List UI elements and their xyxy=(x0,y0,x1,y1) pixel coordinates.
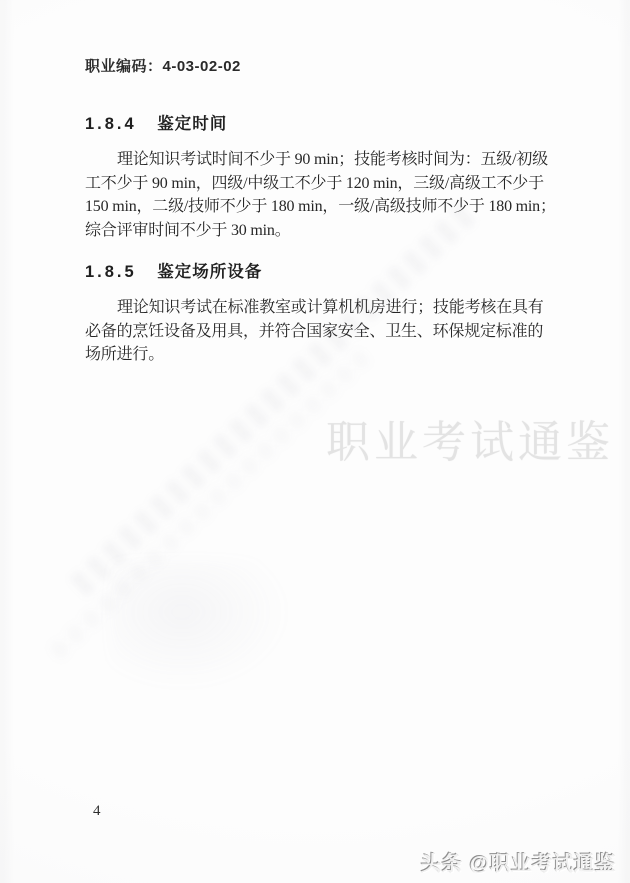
paragraph-line: 必备的烹饪设备及用具，并符合国家安全、卫生、环保规定标准的 xyxy=(85,320,555,344)
section-heading-1-8-5: 1.8.5 鉴定场所设备 xyxy=(85,258,555,282)
credit-watermark-text: 头条 @职业考试通鉴 xyxy=(421,847,616,876)
section-heading-1-8-4: 1.8.4 鉴定时间 xyxy=(85,110,555,134)
paragraph-assessment-venue: 理论知识考试在标准教室或计算机机房进行；技能考核在具有 必备的烹饪设备及用具，并… xyxy=(85,296,555,367)
section-number: 1.8.4 xyxy=(85,115,137,133)
section-title: 鉴定时间 xyxy=(157,115,227,133)
document-page: 职业编码：4-03-02-02 1.8.4 鉴定时间 理论知识考试时间不少于 9… xyxy=(0,0,630,883)
paragraph-assessment-time: 理论知识考试时间不少于 90 min；技能考核时间为：五级/初级 工不少于 90… xyxy=(85,148,555,242)
paragraph-line: 综合评审时间不少于 30 min。 xyxy=(85,219,555,243)
page-content: 1.8.4 鉴定时间 理论知识考试时间不少于 90 min；技能考核时间为：五级… xyxy=(85,110,555,383)
paragraph-line: 理论知识考试时间不少于 90 min；技能考核时间为：五级/初级 xyxy=(85,148,555,172)
paragraph-line: 场所进行。 xyxy=(85,343,555,367)
page-number: 4 xyxy=(93,803,101,820)
center-watermark-text: 职业考试通鉴 xyxy=(326,406,614,470)
diagonal-stamp-watermark xyxy=(49,349,371,661)
scan-smudge xyxy=(110,560,290,690)
section-number: 1.8.5 xyxy=(85,263,137,281)
paragraph-line: 理论知识考试在标准教室或计算机机房进行；技能考核在具有 xyxy=(85,296,555,320)
paragraph-line: 工不少于 90 min，四级/中级工不少于 120 min，三级/高级工不少于 xyxy=(85,172,555,196)
section-title: 鉴定场所设备 xyxy=(157,263,262,281)
paragraph-line: 150 min，二级/技师不少于 180 min，一级/高级技师不少于 180 … xyxy=(85,195,555,219)
occupation-code-header: 职业编码：4-03-02-02 xyxy=(85,55,241,76)
